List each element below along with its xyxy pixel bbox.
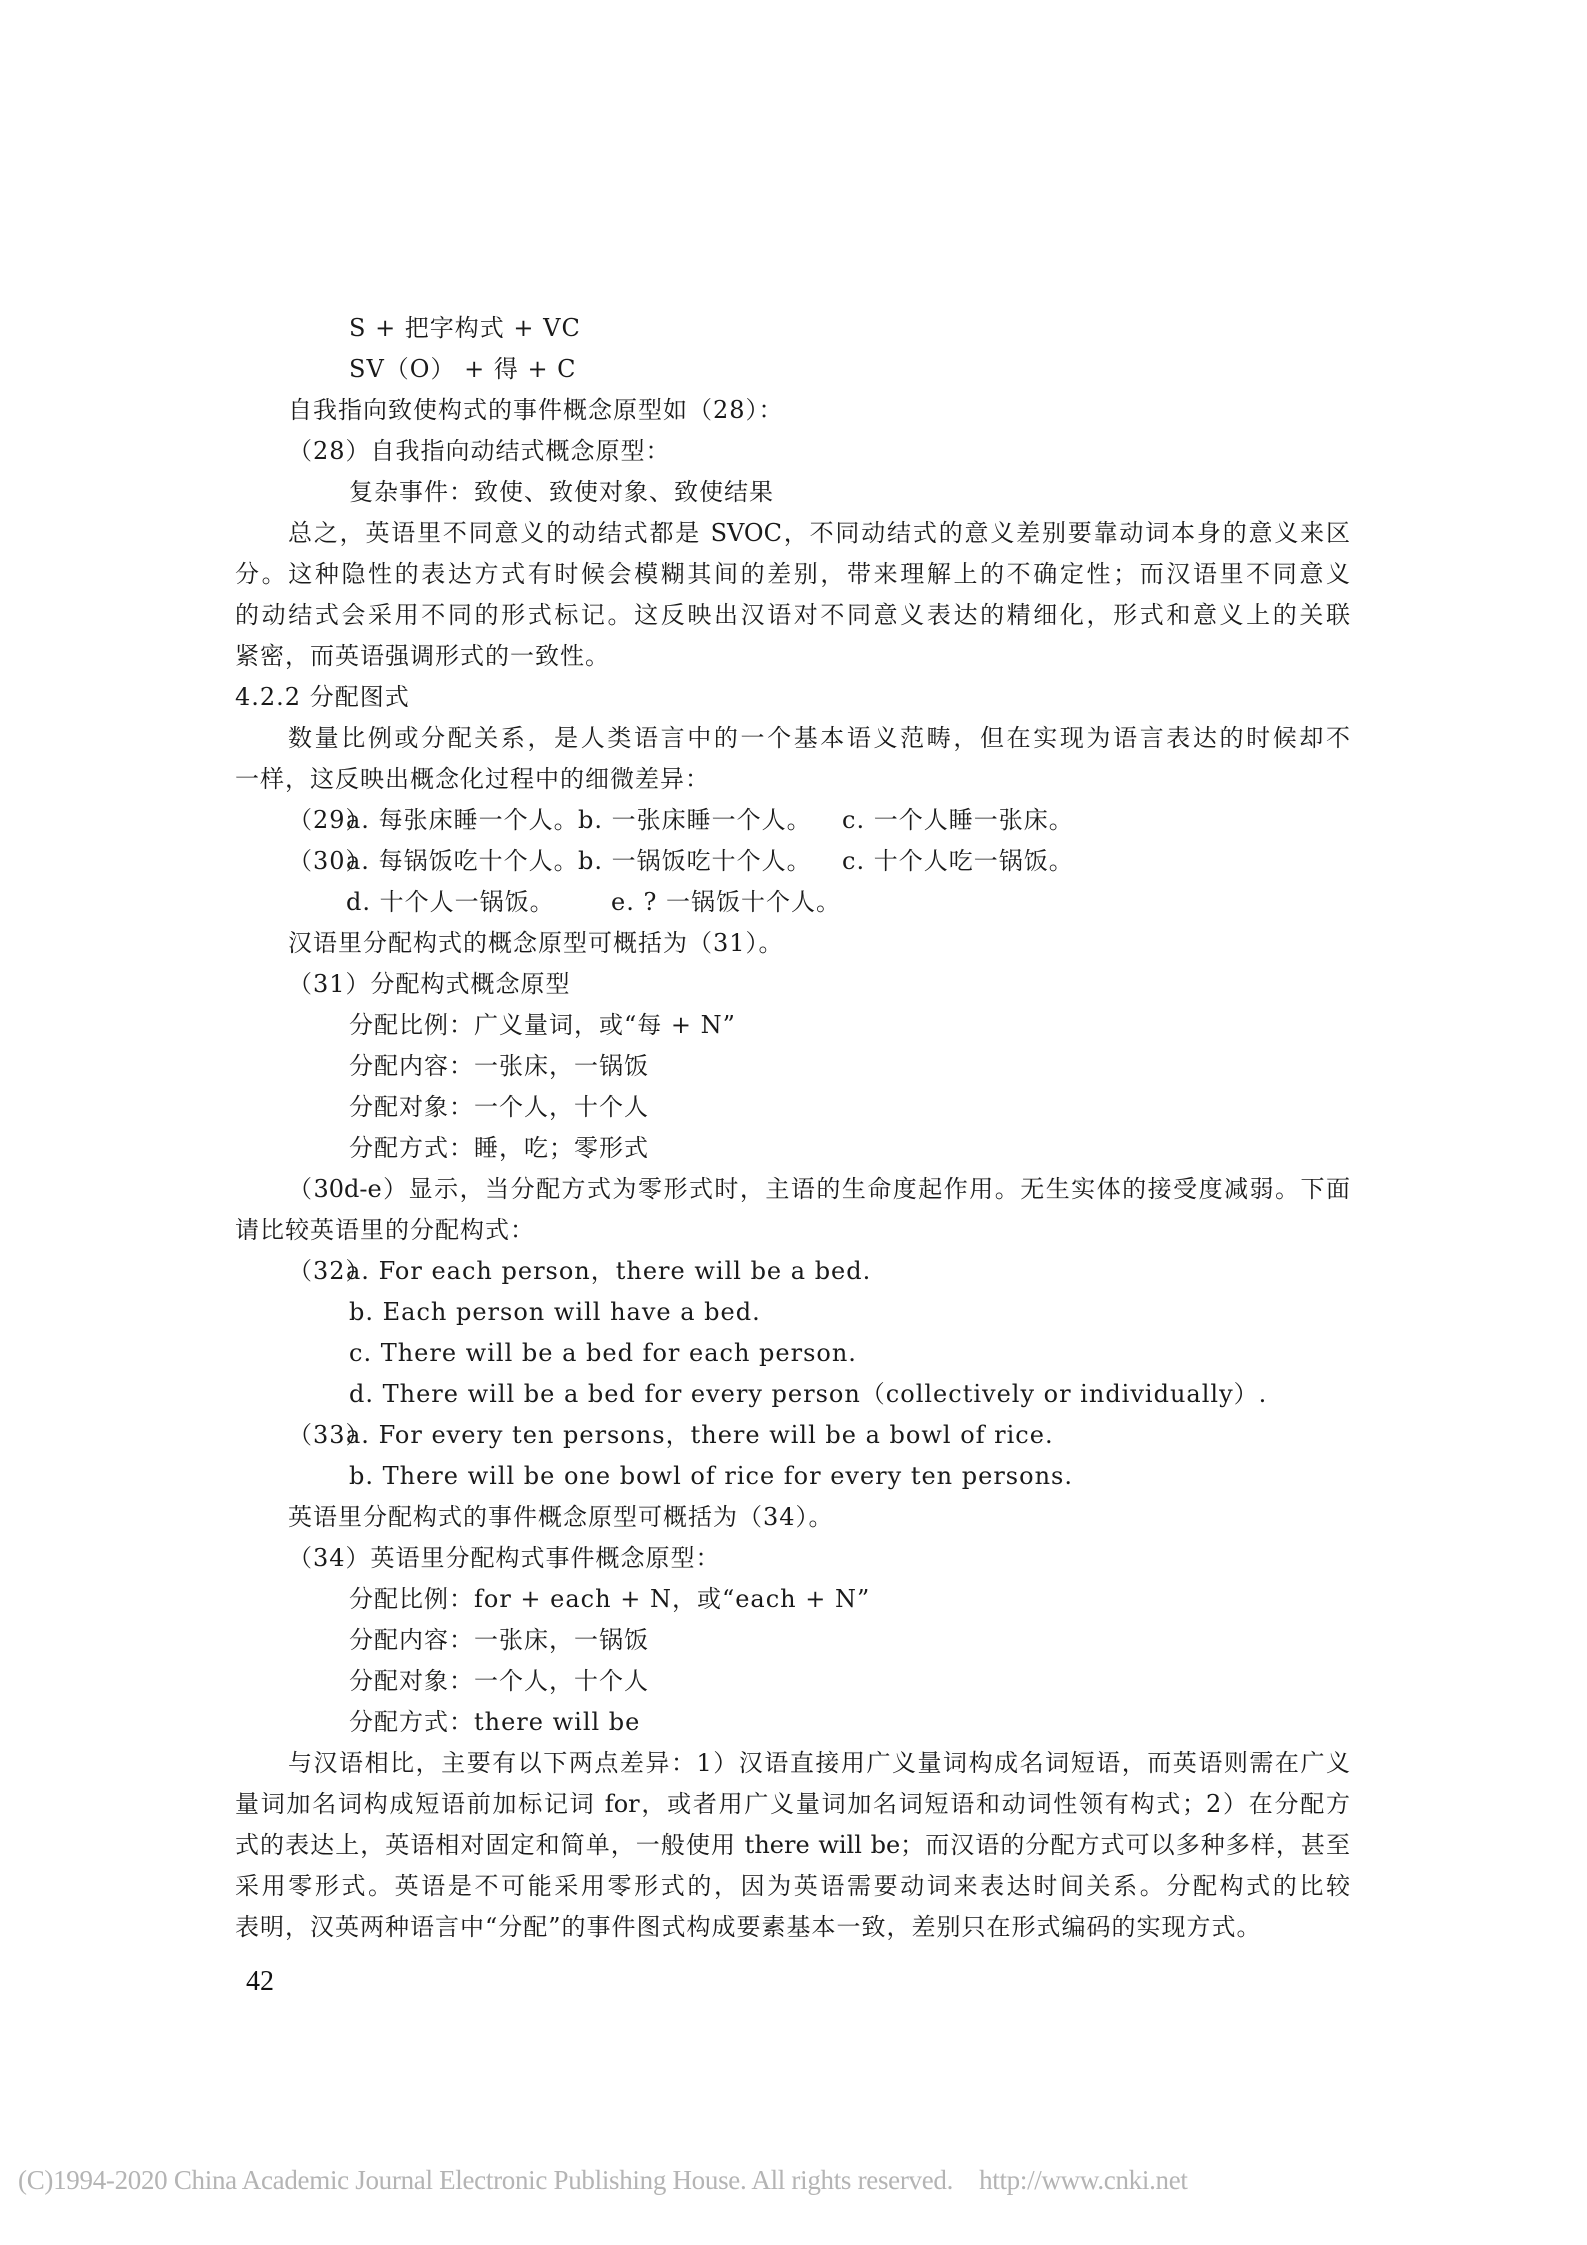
example-32-item: c. There will be a bed for each person. (349, 1338, 857, 1368)
paragraph-distribution-line: 数量比例或分配关系，是人类语言中的一个基本语义范畴，但在实现为语言表达的时候却不 (235, 723, 1350, 753)
paragraph-34-intro: 英语里分配构式的事件概念原型可概括为（34）。 (288, 1502, 834, 1532)
example-32-item: b. Each person will have a bed. (349, 1297, 761, 1327)
paragraph-conclusion-line: 式的表达上，英语相对固定和简单，一般使用 there will be；而汉语的分… (235, 1830, 1350, 1860)
footer-url: http://www.cnki.net (979, 2165, 1188, 2195)
example-30: （30） a. 每锅饭吃十个人。 b. 一锅饭吃十个人。 c. 十个人吃一锅饭。 (288, 846, 1074, 876)
paragraph-30de-line: 请比较英语里的分配构式： (235, 1215, 535, 1245)
example-33: （33） a. For every ten persons，there will… (288, 1420, 1054, 1450)
example-34-item: 分配比例：for + each + N，或“each + N” (349, 1584, 870, 1614)
section-heading: 4.2.2 分配图式 (235, 682, 410, 712)
paragraph-conclusion-line: 表明，汉英两种语言中“分配”的事件图式构成要素基本一致，差别只在形式编码的实现方… (235, 1912, 1262, 1942)
copyright-text: (C)1994-2020 China Academic Journal Elec… (18, 2165, 953, 2195)
example-31-item: 分配比例：广义量词，或“每 + N” (349, 1010, 736, 1040)
example-item: a. 每锅饭吃十个人。 (346, 846, 578, 876)
page-number: 42 (246, 1966, 274, 1998)
paragraph-30de-line: （30d-e）显示，当分配方式为零形式时，主语的生命度起作用。无生实体的接受度减… (235, 1174, 1350, 1204)
example-34-label: （34）英语里分配构式事件概念原型： (288, 1543, 721, 1573)
example-31-item: 分配内容：一张床，一锅饭 (349, 1051, 649, 1081)
example-item: d. 十个人一锅饭。 (346, 887, 611, 917)
paragraph-distribution-line: 一样，这反映出概念化过程中的细微差异： (235, 764, 710, 794)
example-number: （32） (288, 1256, 346, 1286)
example-32-item: d. There will be a bed for every person（… (349, 1379, 1267, 1409)
example-28-content: 复杂事件：致使、致使对象、致使结果 (349, 477, 774, 507)
example-32: （32） a. For each person，there will be a … (288, 1256, 871, 1286)
example-item: b. 一张床睡一个人。 (578, 805, 842, 835)
example-item: b. 一锅饭吃十个人。 (578, 846, 842, 876)
example-number: （30） (288, 846, 346, 876)
example-item: c. 一个人睡一张床。 (842, 805, 1074, 835)
example-31-item: 分配对象：一个人，十个人 (349, 1092, 649, 1122)
example-item: a. 每张床睡一个人。 (346, 805, 578, 835)
document-page: S + 把字构式 + VC SV（O） + 得 + C 自我指向致使构式的事件概… (0, 0, 1587, 2245)
example-item: a. For every ten persons，there will be a… (346, 1420, 1054, 1450)
paragraph-conclusion-line: 量词加名词构成短语前加标记词 for，或者用广义量词加名词短语和动词性领有构式；… (235, 1789, 1350, 1819)
paragraph-summary-line: 分。这种隐性的表达方式有时候会模糊其间的差别，带来理解上的不确定性；而汉语里不同… (235, 559, 1350, 589)
example-33-item: b. There will be one bowl of rice for ev… (349, 1461, 1073, 1491)
paragraph-28-intro: 自我指向致使构式的事件概念原型如（28）： (288, 395, 784, 425)
paragraph-summary-line: 紧密，而英语强调形式的一致性。 (235, 641, 610, 671)
formula-de-construction: SV（O） + 得 + C (349, 354, 577, 384)
example-30-continued: d. 十个人一锅饭。 e. ? 一锅饭十个人。 (346, 887, 841, 917)
paragraph-31-intro: 汉语里分配构式的概念原型可概括为（31）。 (288, 928, 784, 958)
example-34-item: 分配对象：一个人，十个人 (349, 1666, 649, 1696)
example-34-item: 分配内容：一张床，一锅饭 (349, 1625, 649, 1655)
example-34-item: 分配方式：there will be (349, 1707, 640, 1737)
example-29: （29） a. 每张床睡一个人。 b. 一张床睡一个人。 c. 一个人睡一张床。 (288, 805, 1074, 835)
example-number: （33） (288, 1420, 346, 1450)
example-item: c. 十个人吃一锅饭。 (842, 846, 1074, 876)
paragraph-conclusion-line: 与汉语相比，主要有以下两点差异：1）汉语直接用广义量词构成名词短语，而英语则需在… (235, 1748, 1350, 1778)
paragraph-summary-line: 的动结式会采用不同的形式标记。这反映出汉语对不同意义表达的精细化，形式和意义上的… (235, 600, 1350, 630)
example-item: e. ? 一锅饭十个人。 (611, 887, 841, 917)
paragraph-conclusion-line: 采用零形式。英语是不可能采用零形式的，因为英语需要动词来表达时间关系。分配构式的… (235, 1871, 1350, 1901)
paragraph-summary-line: 总之，英语里不同意义的动结式都是 SVOC，不同动结式的意义差别要靠动词本身的意… (235, 518, 1350, 548)
example-31-label: （31）分配构式概念原型 (288, 969, 571, 999)
formula-ba-construction: S + 把字构式 + VC (349, 313, 581, 343)
example-number: （29） (288, 805, 346, 835)
example-31-item: 分配方式：睡，吃；零形式 (349, 1133, 649, 1163)
copyright-footer: (C)1994-2020 China Academic Journal Elec… (18, 2165, 1188, 2196)
example-item: a. For each person，there will be a bed. (346, 1256, 871, 1286)
example-28-label: （28）自我指向动结式概念原型： (288, 436, 671, 466)
